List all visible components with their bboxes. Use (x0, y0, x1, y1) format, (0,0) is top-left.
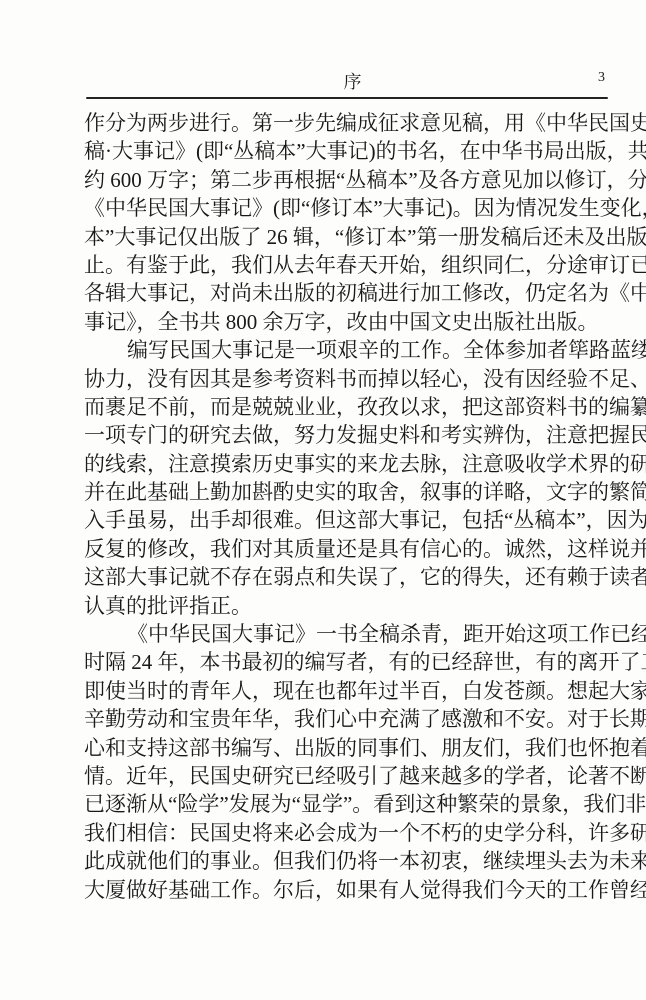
text-line: 认真的批评指正。 (84, 592, 622, 620)
text-line: 心和支持这部书编写、出版的同事们、朋友们，我们也怀抱着同样的心 (84, 734, 622, 762)
text-line: 反复的修改，我们对其质量还是具有信心的。诚然，这样说并不意味着 (84, 535, 622, 563)
page-number: 3 (598, 70, 605, 86)
paragraph: 《中华民国大事记》一书全稿杀青，距开始这项工作已经 24 年了。时隔 24 年，… (84, 620, 622, 904)
text-line: 止。有鉴于此，我们从去年春天开始，组织同仁，分途审订已经出版的 (84, 251, 622, 279)
text-line: 情。近年，民国史研究已经吸引了越来越多的学者，论著不断出现。它 (84, 762, 622, 790)
text-line: 稿·大事记》(即“丛稿本”大事记)的书名，在中华书局出版，共 35 辑， (84, 137, 622, 165)
chapter-title: 序 (85, 68, 621, 94)
text-line: 已逐渐从“险学”发展为“显学”。看到这种繁荣的景象，我们非常兴奋。 (84, 790, 622, 818)
text-line: 大厦做好基础工作。尔后，如果有人觉得我们今天的工作曾经激发过 (84, 876, 622, 904)
text-line: 时隔 24 年，本书最初的编写者，有的已经辞世，有的离开了工作岗位， (84, 648, 622, 676)
text-line: 我们相信：民国史将来必会成为一个不朽的史学分科，许多研究者将在 (84, 819, 622, 847)
text-line: 作分为两步进行。第一步先编成征求意见稿，用《中华民国史资料丛 (84, 109, 622, 137)
page-body: 作分为两步进行。第一步先编成征求意见稿，用《中华民国史资料丛稿·大事记》(即“丛… (84, 109, 622, 904)
header-rule (86, 97, 608, 99)
text-line: 《中华民国大事记》(即“修订本”大事记)。因为情况发生变化，“丛稿 (84, 194, 622, 222)
text-line: 事记》，全书共 800 余万字，改由中国文史出版社出版。 (84, 308, 622, 336)
paragraph: 作分为两步进行。第一步先编成征求意见稿，用《中华民国史资料丛稿·大事记》(即“丛… (84, 109, 622, 336)
text-line: 并在此基础上勤加斟酌史实的取舍，叙事的详略，文字的繁简。编年史 (84, 478, 622, 506)
text-line: 即使当时的青年人，现在也都年过半百，白发苍颜。想起大家所付出的 (84, 677, 622, 705)
text-line: 协力，没有因其是参考资料书而掉以轻心，没有因经验不足、条件欠备 (84, 365, 622, 393)
text-line: 编写民国大事记是一项艰辛的工作。全体参加者筚路蓝缕，齐心 (84, 336, 622, 364)
text-line: 《中华民国大事记》一书全稿杀青，距开始这项工作已经 24 年了。 (84, 620, 622, 648)
running-head: 序 3 (85, 68, 621, 92)
text-line: 而裹足不前，而是兢兢业业，孜孜以求，把这部资料书的编纂工作当作 (84, 393, 622, 421)
text-line: 辛勤劳动和宝贵年华，我们心中充满了感激和不安。对于长期以来关 (84, 705, 622, 733)
text-line: 这部大事记就不存在弱点和失误了，它的得失，还有赖于读者和专家们 (84, 563, 622, 591)
text-line: 入手虽易，出手却很难。但这部大事记，包括“丛稿本”，因为经过这样 (84, 506, 622, 534)
text-line: 的线索，注意摸索历史事实的来龙去脉，注意吸收学术界的研究成果， (84, 450, 622, 478)
text-line: 一项专门的研究去做，努力发掘史料和考实辨伪，注意把握民国史发展 (84, 421, 622, 449)
text-line: 此成就他们的事业。但我们仍将一本初衷，继续埋头去为未来华美的 (84, 847, 622, 875)
text-line: 本”大事记仅出版了 26 辑，“修订本”第一册发稿后还未及出版，便告中 (84, 223, 622, 251)
text-line: 约 600 万字；第二步再根据“丛稿本”及各方意见加以修订，分册出版 (84, 166, 622, 194)
book-page: 序 3 作分为两步进行。第一步先编成征求意见稿，用《中华民国史资料丛稿·大事记》… (0, 0, 646, 1000)
text-line: 各辑大事记，对尚未出版的初稿进行加工修改，仍定名为《中华民国大 (84, 279, 622, 307)
paragraph: 编写民国大事记是一项艰辛的工作。全体参加者筚路蓝缕，齐心协力，没有因其是参考资料… (84, 336, 622, 620)
